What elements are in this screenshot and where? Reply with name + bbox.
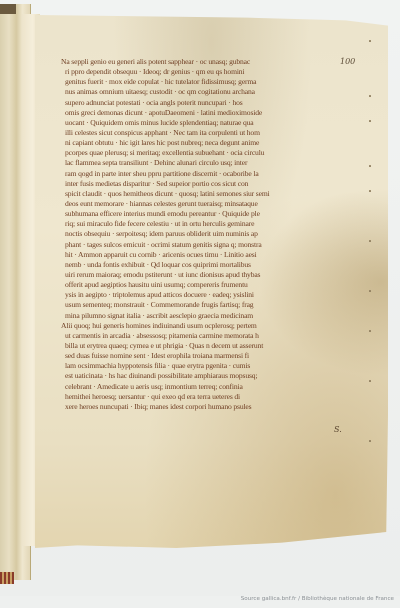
text-line: uocant · Quiquidem omis minus lucide spl… (61, 118, 313, 128)
text-line: nemb · unda fontis exhibuit · Qd loquar … (61, 260, 313, 270)
text-line: Na seppli genio eu generi alis potent sa… (61, 57, 313, 67)
text-line: hemithei heroesq; uersantur · qui exeo q… (61, 392, 313, 402)
text-line: ysis in aegipto · triptolemus apud attic… (61, 290, 313, 300)
pricking-mark (369, 440, 371, 442)
text-line: deos eunt memorare · hiannas celestes ge… (61, 199, 313, 209)
marginal-mark: S. (334, 425, 342, 434)
text-line: sed duas fuisse nomine sent · Idest erop… (61, 351, 313, 361)
folio-number: 100 (340, 57, 355, 66)
text-line: inter fusis medietas disparitur · Sed su… (61, 179, 313, 189)
pricking-mark (369, 330, 371, 332)
text-line: subhumana efficere interius mundi emodu … (61, 209, 313, 219)
text-line: ut carmentis in arcadia · absessosq; pit… (61, 331, 313, 341)
text-line: billa ut erytrea quaeq; cymea e ut phrig… (61, 341, 313, 351)
manuscript-text: Na seppli genio eu generi alis potent sa… (61, 57, 313, 412)
text-line: riq; sui miraculo fide fecere celestiu ·… (61, 219, 313, 229)
text-line: pcorpes quae plerusq; si meritaq; excell… (61, 148, 313, 158)
text-line: hit · Ammon apparuit cu cornib · ariceni… (61, 250, 313, 260)
text-line: mina pilumno signat italia · ascribit ae… (61, 311, 313, 321)
text-line: supero adnunciat potestati · ocia angls … (61, 98, 313, 108)
text-line: illi celestes sicut conspicus apphant · … (61, 128, 313, 138)
pricking-mark (369, 240, 371, 242)
text-line: spicit claudit · quos hemitheos dicunt ·… (61, 189, 313, 199)
text-line: ram qogd in parte inter sheu ppru partit… (61, 169, 313, 179)
text-line: xere heroes nuncupati · Ibiq; manes ides… (61, 402, 313, 412)
pricking-mark (369, 95, 371, 97)
text-line: nus animas omnium uitaesq; custodit · oc… (61, 87, 313, 97)
pricking-mark (369, 40, 371, 42)
text-line: ni capiant obtutu · hic igit lares hic p… (61, 138, 313, 148)
text-line: omis greci demonas dicunt · apotuDaeomen… (61, 108, 313, 118)
pricking-mark (369, 120, 371, 122)
text-line: usum sementeq; monstrauit · Commemorande… (61, 300, 313, 310)
text-line: uiri rerum maioraq; emodu pstiterunt · u… (61, 270, 313, 280)
text-line: offerit apud aegiptios hausitu uini usum… (61, 280, 313, 290)
text-line: lac flammea septa transiliunt · Dehinc a… (61, 158, 313, 168)
text-line: lam ocsimmachia hyppotensis filia · quae… (61, 361, 313, 371)
text-line: celebrant · Amedicate u aeris usq; inmon… (61, 382, 313, 392)
pricking-mark (369, 190, 371, 192)
text-line: noctis obsequiu · serpoitesq; idem paruu… (61, 229, 313, 239)
text-line: ri ppro dependit obsequu · Ideoq; dr gen… (61, 67, 313, 77)
text-line: Alii quoq; hui generis homines indiuinan… (61, 321, 313, 331)
pricking-mark (369, 380, 371, 382)
source-credit: Source gallica.bnf.fr / Bibliothèque nat… (241, 596, 394, 602)
pricking-mark (369, 290, 371, 292)
text-line: genitus fuerit · mox eide copulat · hic … (61, 77, 313, 87)
text-line: est uaticinata · hs hac diuinandi possib… (61, 371, 313, 381)
scan-viewport: 100 Na seppli genio eu generi alis poten… (0, 0, 400, 596)
pricking-mark (369, 165, 371, 167)
text-line: phant · tages sulcos emicuit · ocrimi st… (61, 240, 313, 250)
